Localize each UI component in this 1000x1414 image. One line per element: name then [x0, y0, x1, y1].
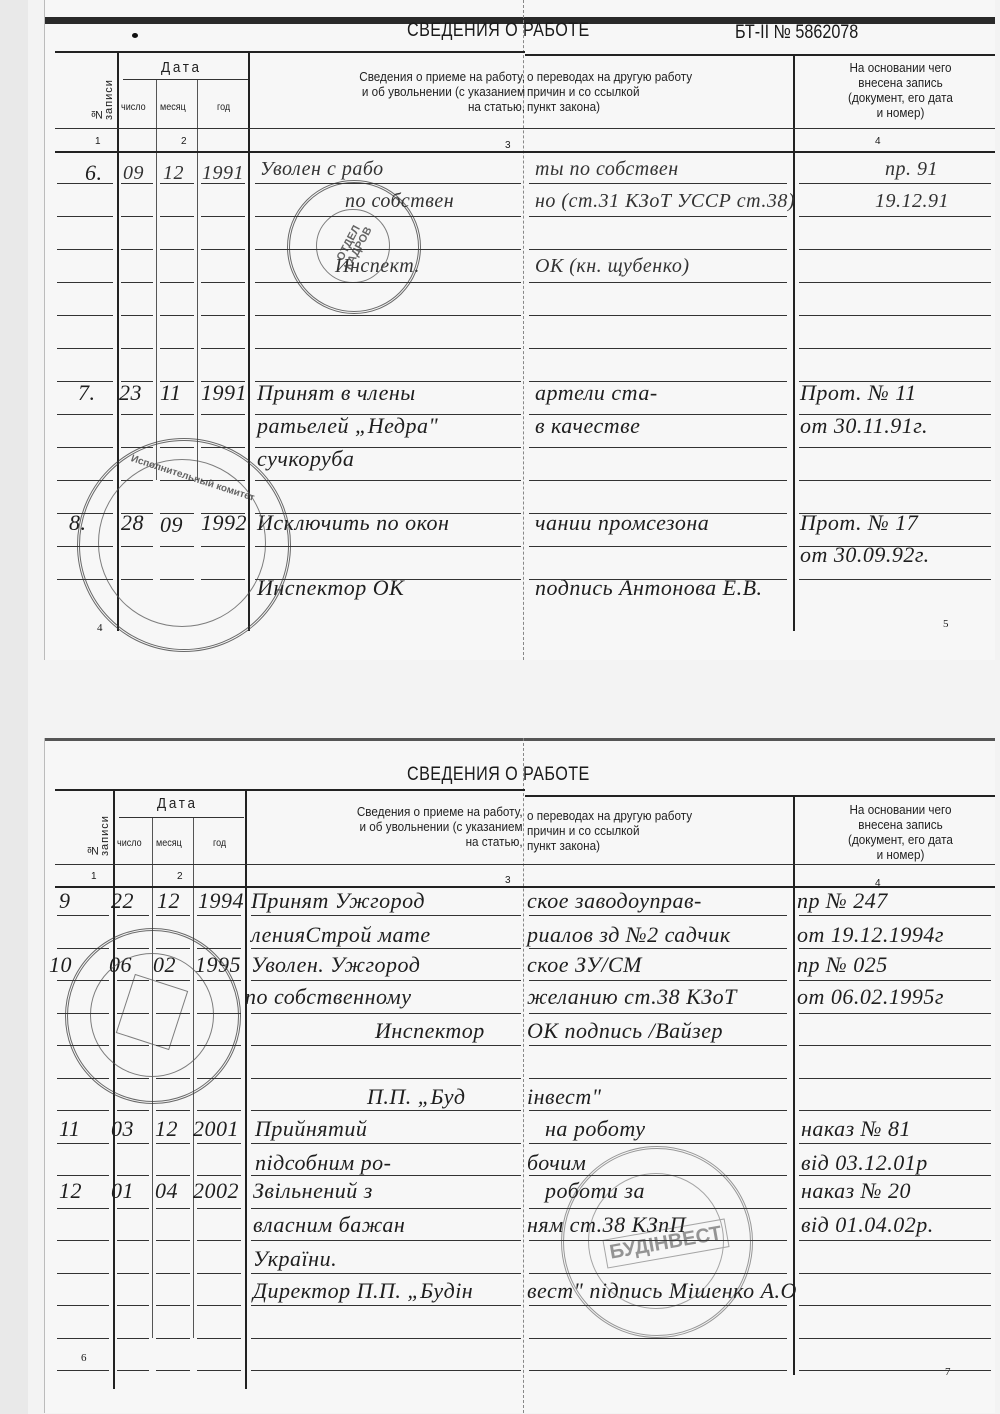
col-number-3: 3	[505, 875, 511, 886]
ruled-line	[529, 948, 787, 949]
ruled-line	[197, 1175, 241, 1176]
ruled-line	[255, 315, 521, 316]
ruled-line	[529, 1143, 787, 1144]
col-number-2: 2	[181, 136, 187, 147]
ruled-line	[57, 249, 113, 250]
ruled-line	[529, 216, 787, 217]
ruled-line	[160, 381, 194, 382]
ruled-line	[156, 1240, 190, 1241]
ruled-line	[117, 980, 149, 981]
ruled-line	[255, 183, 521, 184]
ruled-line	[251, 1240, 521, 1241]
col-header-month: месяц	[160, 100, 186, 115]
page-number-right: 5	[943, 618, 949, 630]
ruled-line	[197, 1208, 241, 1209]
ruled-line	[156, 1338, 190, 1339]
ruled-line	[529, 579, 787, 580]
ruled-line	[117, 1175, 149, 1176]
ruled-line	[799, 381, 991, 382]
ruled-line	[197, 915, 241, 916]
ruled-line	[201, 414, 245, 415]
ruled-line	[201, 249, 245, 250]
col-number-2: 2	[177, 871, 183, 882]
ruled-line	[251, 1045, 521, 1046]
ruled-line	[255, 546, 521, 547]
ruled-line	[156, 1175, 190, 1176]
ruled-line	[799, 1110, 991, 1111]
ruled-line	[799, 1208, 991, 1209]
ruled-line	[160, 447, 194, 448]
ruled-line	[255, 348, 521, 349]
ruled-line	[799, 282, 991, 283]
ruled-line	[529, 1338, 787, 1339]
col-header-day: число	[121, 100, 146, 115]
ruled-line	[799, 216, 991, 217]
ruled-line	[529, 1045, 787, 1046]
ruled-line	[57, 480, 113, 481]
ruled-line	[197, 1240, 241, 1241]
ruled-line	[799, 1370, 991, 1371]
ruled-line	[160, 480, 194, 481]
ruled-line	[799, 915, 991, 916]
work-record-spread-1: СВЕДЕНИЯ О РАБОТЕ БТ-II № 5862078 № запи…	[44, 0, 995, 660]
ruled-line	[156, 980, 190, 981]
ruled-line	[799, 1305, 991, 1306]
ruled-line	[117, 1208, 149, 1209]
ruled-line	[156, 948, 190, 949]
col-header-day: число	[117, 836, 142, 851]
ruled-line	[160, 348, 194, 349]
ruled-line	[799, 1338, 991, 1339]
ruled-line	[117, 1338, 149, 1339]
ruled-line	[201, 447, 245, 448]
ruled-line	[160, 414, 194, 415]
ruled-line	[255, 381, 521, 382]
ruled-line	[117, 948, 149, 949]
col-number-3: 3	[505, 140, 511, 151]
ruled-line	[156, 1013, 190, 1014]
ruled-line	[57, 1305, 109, 1306]
ruled-line	[197, 1143, 241, 1144]
ruled-line	[201, 546, 245, 547]
ruled-line	[121, 282, 153, 283]
ruled-line	[57, 1045, 109, 1046]
ruled-line	[121, 480, 153, 481]
ruled-line	[57, 1013, 109, 1014]
ruled-line	[121, 414, 153, 415]
col-header-info-left: Сведения о приеме на работу, и об увольн…	[285, 804, 523, 849]
ruled-line	[57, 1273, 109, 1274]
col-number-1: 1	[95, 136, 101, 147]
col-header-entry-no: № записи	[91, 64, 115, 120]
ruled-line	[799, 183, 991, 184]
ruled-line	[117, 915, 149, 916]
ruled-line	[529, 1273, 787, 1274]
ruled-line	[201, 480, 245, 481]
ruled-line	[251, 948, 521, 949]
page-title: СВЕДЕНИЯ О РАБОТЕ	[407, 20, 590, 42]
ruled-line	[156, 1273, 190, 1274]
ruled-line	[117, 1240, 149, 1241]
ruled-line	[160, 315, 194, 316]
ruled-line	[156, 1045, 190, 1046]
ruled-line	[251, 1208, 521, 1209]
ruled-line	[57, 414, 113, 415]
ruled-line	[251, 1338, 521, 1339]
ruled-line	[799, 1013, 991, 1014]
ruled-line	[197, 1045, 241, 1046]
page-number-right: 7	[945, 1366, 951, 1378]
ruled-line	[121, 183, 153, 184]
ruled-line	[799, 1240, 991, 1241]
ruled-line	[251, 915, 521, 916]
ruled-line	[121, 348, 153, 349]
ruled-line	[160, 513, 194, 514]
page-title: СВЕДЕНИЯ О РАБОТЕ	[407, 764, 590, 786]
ruled-line	[799, 348, 991, 349]
ruled-line	[799, 1273, 991, 1274]
ruled-line	[529, 315, 787, 316]
ruled-line	[121, 315, 153, 316]
ruled-line	[156, 1143, 190, 1144]
ruled-line	[117, 1110, 149, 1111]
ruled-line	[117, 1273, 149, 1274]
ruled-line	[799, 513, 991, 514]
ruled-line	[121, 216, 153, 217]
ruled-line	[799, 1078, 991, 1079]
ruled-line	[57, 1078, 109, 1079]
ruled-line	[201, 282, 245, 283]
ruled-line	[529, 1240, 787, 1241]
ruled-line	[57, 315, 113, 316]
page-top-border	[45, 738, 995, 741]
ruled-line	[57, 915, 109, 916]
ruled-line	[529, 513, 787, 514]
ruled-line	[529, 183, 787, 184]
ruled-line	[201, 216, 245, 217]
book-spine	[523, 738, 525, 1413]
ruled-line	[57, 980, 109, 981]
ruled-line	[117, 1370, 149, 1371]
col-number-1: 1	[91, 871, 97, 882]
col-header-basis: На основании чего внесена запись (докуме…	[815, 60, 986, 120]
ruled-line	[121, 381, 153, 382]
ruled-line	[201, 579, 245, 580]
ruled-line	[251, 1078, 521, 1079]
ruled-line	[799, 1175, 991, 1176]
ruled-line	[251, 1370, 521, 1371]
ruled-line	[57, 1338, 109, 1339]
ruled-line	[251, 1110, 521, 1111]
ruled-line	[529, 414, 787, 415]
ruled-line	[529, 546, 787, 547]
ruled-line	[121, 546, 153, 547]
ruled-line	[197, 980, 241, 981]
ruled-line	[57, 348, 113, 349]
col-header-date: Дата	[161, 60, 202, 75]
ruled-line	[255, 447, 521, 448]
ruled-line	[799, 447, 991, 448]
ruled-line	[57, 1110, 109, 1111]
ruled-line	[799, 249, 991, 250]
ruled-line	[121, 447, 153, 448]
page-number-left: 4	[97, 622, 103, 634]
ruled-line	[156, 915, 190, 916]
ruled-line	[799, 948, 991, 949]
ruled-line	[529, 1305, 787, 1306]
col-header-month: месяц	[156, 836, 182, 851]
ruled-line	[121, 249, 153, 250]
ruled-line	[799, 980, 991, 981]
ruled-line	[529, 915, 787, 916]
ruled-line	[197, 1338, 241, 1339]
ruled-line	[529, 980, 787, 981]
ruled-line	[117, 1305, 149, 1306]
ruled-line	[197, 1110, 241, 1111]
ruled-line	[197, 1370, 241, 1371]
col-header-year: год	[213, 836, 226, 851]
ruled-line	[201, 513, 245, 514]
col-header-entry-no: № записи	[87, 800, 111, 856]
col-header-info-left: Сведения о приеме на работу, и об увольн…	[291, 69, 525, 114]
ruled-line	[121, 579, 153, 580]
ruled-line	[255, 282, 521, 283]
ruled-line	[117, 1078, 149, 1079]
scan-left-edge	[0, 0, 28, 1414]
ink-blotch	[132, 33, 138, 38]
col-header-year: год	[217, 100, 230, 115]
ruled-line	[251, 1013, 521, 1014]
page-number-left: 6	[81, 1352, 87, 1364]
ruled-line	[197, 1305, 241, 1306]
ruled-line	[201, 348, 245, 349]
ruled-line	[799, 579, 991, 580]
ruled-line	[529, 447, 787, 448]
col-header-basis: На основании чего внесена запись (докуме…	[815, 802, 986, 862]
serial-number: БТ-II № 5862078	[735, 22, 858, 44]
ruled-line	[121, 513, 153, 514]
ruled-line	[197, 948, 241, 949]
ruled-line	[529, 1078, 787, 1079]
ruled-line	[529, 480, 787, 481]
ruled-line	[57, 216, 113, 217]
ruled-line	[57, 1143, 109, 1144]
ruled-line	[255, 579, 521, 580]
ruled-line	[799, 414, 991, 415]
ruled-line	[57, 1175, 109, 1176]
ruled-line	[529, 348, 787, 349]
ruled-line	[529, 1175, 787, 1176]
ruled-line	[117, 1143, 149, 1144]
ruled-line	[156, 1370, 190, 1371]
ruled-line	[201, 381, 245, 382]
ruled-line	[57, 1208, 109, 1209]
ruled-line	[251, 1273, 521, 1274]
ruled-line	[251, 1305, 521, 1306]
ruled-line	[197, 1273, 241, 1274]
ruled-line	[160, 183, 194, 184]
ruled-line	[255, 513, 521, 514]
ruled-line	[57, 513, 113, 514]
ruled-line	[160, 579, 194, 580]
ruled-line	[57, 381, 113, 382]
ruled-line	[197, 1078, 241, 1079]
ruled-line	[197, 1013, 241, 1014]
ruled-line	[117, 1045, 149, 1046]
work-record-spread-2: СВЕДЕНИЯ О РАБОТЕ № записи Дата число ме…	[44, 738, 995, 1413]
ruled-line	[160, 282, 194, 283]
ruled-line	[160, 546, 194, 547]
ruled-line	[156, 1208, 190, 1209]
ruled-line	[255, 216, 521, 217]
ruled-line	[57, 183, 113, 184]
ruled-line	[255, 480, 521, 481]
col-header-info-right: о переводах на другую работу причин и со…	[527, 69, 692, 114]
ruled-line	[529, 282, 787, 283]
ruled-line	[799, 315, 991, 316]
ruled-line	[156, 1078, 190, 1079]
ruled-line	[57, 546, 113, 547]
ruled-line	[529, 1013, 787, 1014]
ruled-line	[201, 183, 245, 184]
ruled-line	[799, 1143, 991, 1144]
ruled-line	[160, 216, 194, 217]
ruled-line	[251, 980, 521, 981]
ruled-line	[529, 249, 787, 250]
ruled-line	[529, 381, 787, 382]
ruled-line	[57, 1370, 109, 1371]
ruled-line	[57, 948, 109, 949]
ruled-line	[799, 546, 991, 547]
ruled-line	[251, 1175, 521, 1176]
ruled-line	[255, 249, 521, 250]
ruled-line	[57, 1240, 109, 1241]
ruled-line	[117, 1013, 149, 1014]
col-number-4: 4	[875, 136, 881, 147]
ruled-line	[255, 414, 521, 415]
ruled-line	[799, 480, 991, 481]
ruled-line	[529, 1370, 787, 1371]
ruled-line	[201, 315, 245, 316]
ruled-line	[156, 1110, 190, 1111]
ruled-line	[156, 1305, 190, 1306]
ruled-line	[251, 1143, 521, 1144]
ruled-line	[799, 1045, 991, 1046]
ruled-line	[57, 447, 113, 448]
col-header-info-right: о переводах на другую работу причин и со…	[527, 808, 692, 853]
ruled-line	[160, 249, 194, 250]
ruled-line	[57, 579, 113, 580]
ruled-line	[57, 282, 113, 283]
col-header-date: Дата	[157, 796, 198, 811]
ruled-line	[529, 1208, 787, 1209]
ruled-line	[529, 1110, 787, 1111]
